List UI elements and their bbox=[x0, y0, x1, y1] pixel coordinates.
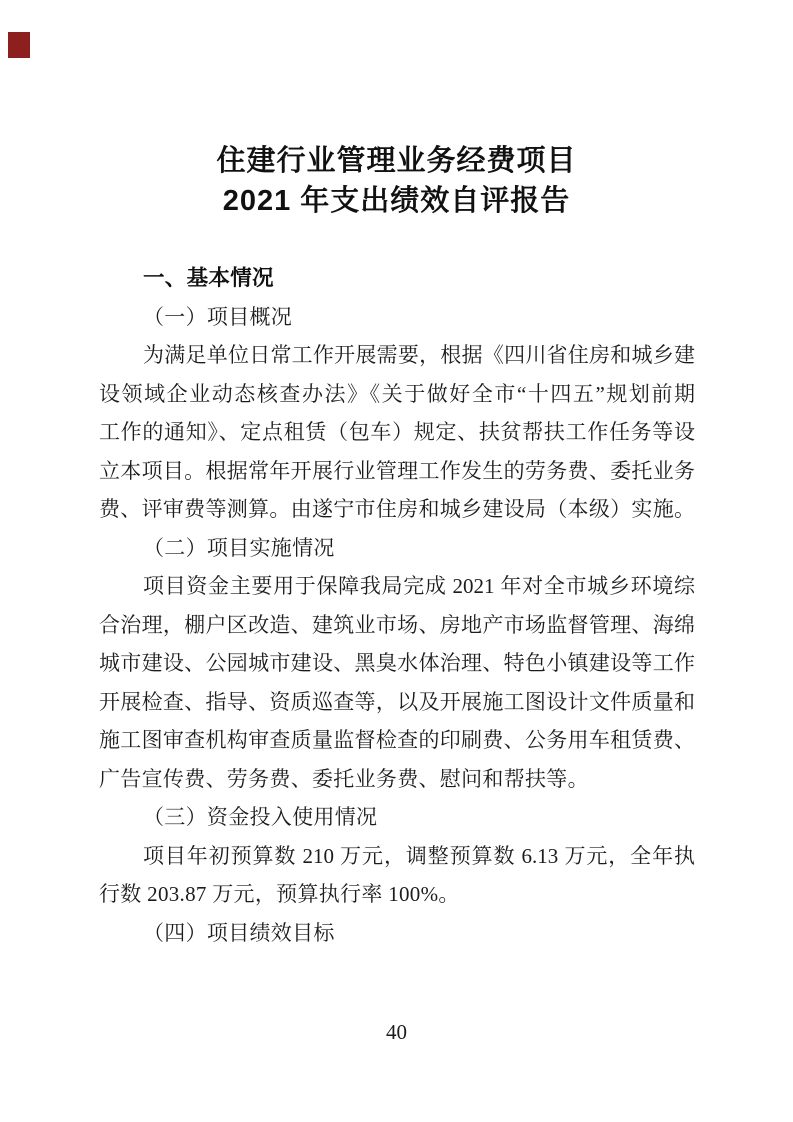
subheading-project-implementation: （二）项目实施情况 bbox=[99, 529, 695, 568]
subheading-fund-usage: （三）资金投入使用情况 bbox=[99, 798, 695, 837]
paragraph-line: 费、评审费等测算。由遂宁市住房和城乡建设局（本级）实施。 bbox=[99, 490, 695, 529]
heading-basic-situation: 一、基本情况 bbox=[99, 259, 695, 298]
paragraph-line: 施工图审查机构审查质量监督检查的印刷费、公务用车租赁费、 bbox=[99, 721, 695, 760]
paragraph-line: 立本项目。根据常年开展行业管理工作发生的劳务费、委托业务 bbox=[99, 452, 695, 491]
page-number: 40 bbox=[386, 1020, 407, 1044]
paragraph-line: 合治理，棚户区改造、建筑业市场、房地产市场监督管理、海绵 bbox=[99, 606, 695, 645]
paragraph-line: 工作的通知》、定点租赁（包车）规定、扶贫帮扶工作任务等设 bbox=[99, 413, 695, 452]
red-stamp-mark bbox=[8, 32, 30, 58]
paragraph-line: 设领域企业动态核查办法》《关于做好全市“十四五”规划前期 bbox=[99, 375, 695, 414]
paragraph-line: 开展检查、指导、资质巡查等，以及开展施工图设计文件质量和 bbox=[99, 683, 695, 722]
body-text: 一、基本情况 （一）项目概况 为满足单位日常工作开展需要，根据《四川省住房和城乡… bbox=[99, 259, 695, 952]
paragraph-line: 为满足单位日常工作开展需要，根据《四川省住房和城乡建 bbox=[99, 336, 695, 375]
doc-title-line-2: 2021 年支出绩效自评报告 bbox=[0, 181, 793, 221]
paragraph-line: 项目年初预算数 210 万元，调整预算数 6.13 万元，全年执 bbox=[99, 837, 695, 876]
subheading-project-overview: （一）项目概况 bbox=[99, 298, 695, 337]
footer: 40 bbox=[0, 1020, 793, 1045]
paragraph-line: 广告宣传费、劳务费、委托业务费、慰问和帮扶等。 bbox=[99, 760, 695, 799]
paragraph-line: 城市建设、公园城市建设、黑臭水体治理、特色小镇建设等工作 bbox=[99, 644, 695, 683]
title-block: 住建行业管理业务经费项目 2021 年支出绩效自评报告 bbox=[0, 141, 793, 221]
paragraph-line: 项目资金主要用于保障我局完成 2021 年对全市城乡环境综 bbox=[99, 567, 695, 606]
doc-title-line-1: 住建行业管理业务经费项目 bbox=[0, 141, 793, 181]
subheading-performance-target: （四）项目绩效目标 bbox=[99, 914, 695, 953]
paragraph-line: 行数 203.87 万元，预算执行率 100%。 bbox=[99, 875, 695, 914]
